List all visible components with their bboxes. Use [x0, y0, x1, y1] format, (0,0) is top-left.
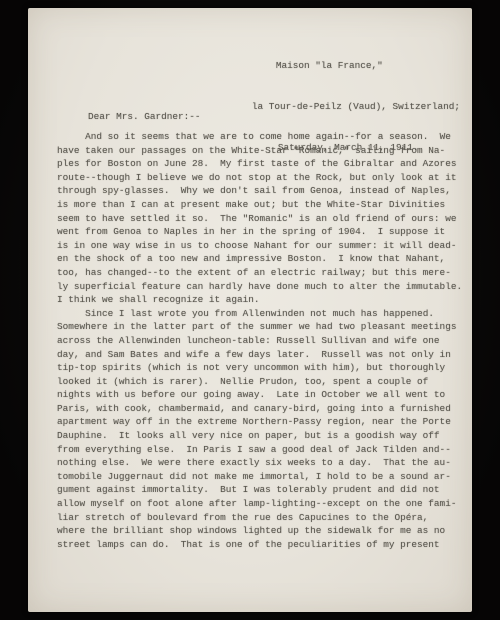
paragraph-2: Since I last wrote you from Allenwinden … — [57, 307, 463, 552]
paragraph-1: And so it seems that we are to come home… — [57, 130, 463, 307]
letter-body: And so it seems that we are to come home… — [57, 130, 463, 551]
salutation: Dear Mrs. Gardner:-- — [88, 110, 201, 124]
heading-address-line: Maison "la France," — [276, 59, 460, 73]
heading-location-line: la Tour-de-Peilz (Vaud), Switzerland; — [252, 100, 460, 114]
letter-page: Maison "la France," la Tour-de-Peilz (Va… — [28, 8, 472, 612]
